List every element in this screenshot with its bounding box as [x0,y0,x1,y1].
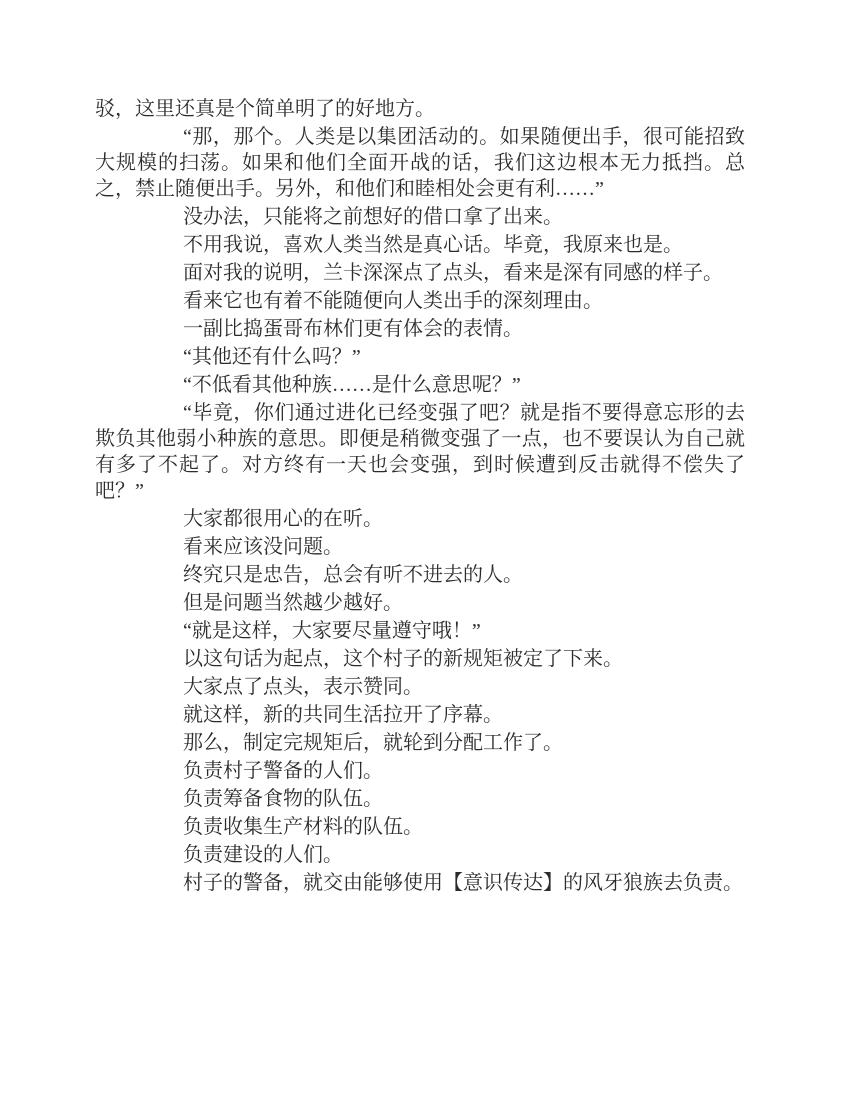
paragraph: 没办法，只能将之前想好的借口拿了出来。 [95,204,745,230]
paragraph: 村子的警备，就交由能够使用【意识传达】的风牙狼族去负责。 [95,870,745,896]
paragraph: 就这样，新的共同生活拉开了序幕。 [95,702,745,728]
paragraph: 负责收集生产材料的队伍。 [95,814,745,840]
paragraph: “那，那个。人类是以集团活动的。如果随便出手，很可能招致大规模的扫荡。如果和他们… [95,124,745,202]
paragraph: 面对我的说明，兰卡深深点了点头，看来是深有同感的样子。 [95,260,745,286]
paragraph: 但是问题当然越少越好。 [95,590,745,616]
paragraph: 大家都很用心的在听。 [95,506,745,532]
paragraph-dialogue: “毕竟，你们通过进化已经变强了吧？就是指不要得意忘形的去欺负其他弱小种族的意思。… [95,400,745,504]
paragraph: 看来应该没问题。 [95,534,745,560]
paragraph: 一副比捣蛋哥布林们更有体会的表情。 [95,316,745,342]
paragraph: 那么，制定完规矩后，就轮到分配工作了。 [95,730,745,756]
paragraph: 不用我说，喜欢人类当然是真心话。毕竟，我原来也是。 [95,232,745,258]
paragraph-dialogue: “就是这样，大家要尽量遵守哦！” [95,618,745,644]
paragraph: 看来它也有着不能随便向人类出手的深刻理由。 [95,288,745,314]
paragraph: 负责村子警备的人们。 [95,758,745,784]
paragraph: 大家点了点头，表示赞同。 [95,674,745,700]
paragraph-continuation: 驳，这里还真是个简单明了的好地方。 [95,96,745,122]
paragraph: 负责筹备食物的队伍。 [95,786,745,812]
paragraph-dialogue: “其他还有什么吗？” [95,344,745,370]
paragraph: 终究只是忠告，总会有听不进去的人。 [95,562,745,588]
paragraph: 负责建设的人们。 [95,842,745,868]
paragraph-dialogue: “不低看其他种族……是什么意思呢？” [95,372,745,398]
paragraph: 以这句话为起点，这个村子的新规矩被定了下来。 [95,646,745,672]
novel-page-text: 驳，这里还真是个简单明了的好地方。 “那，那个。人类是以集团活动的。如果随便出手… [95,94,745,898]
